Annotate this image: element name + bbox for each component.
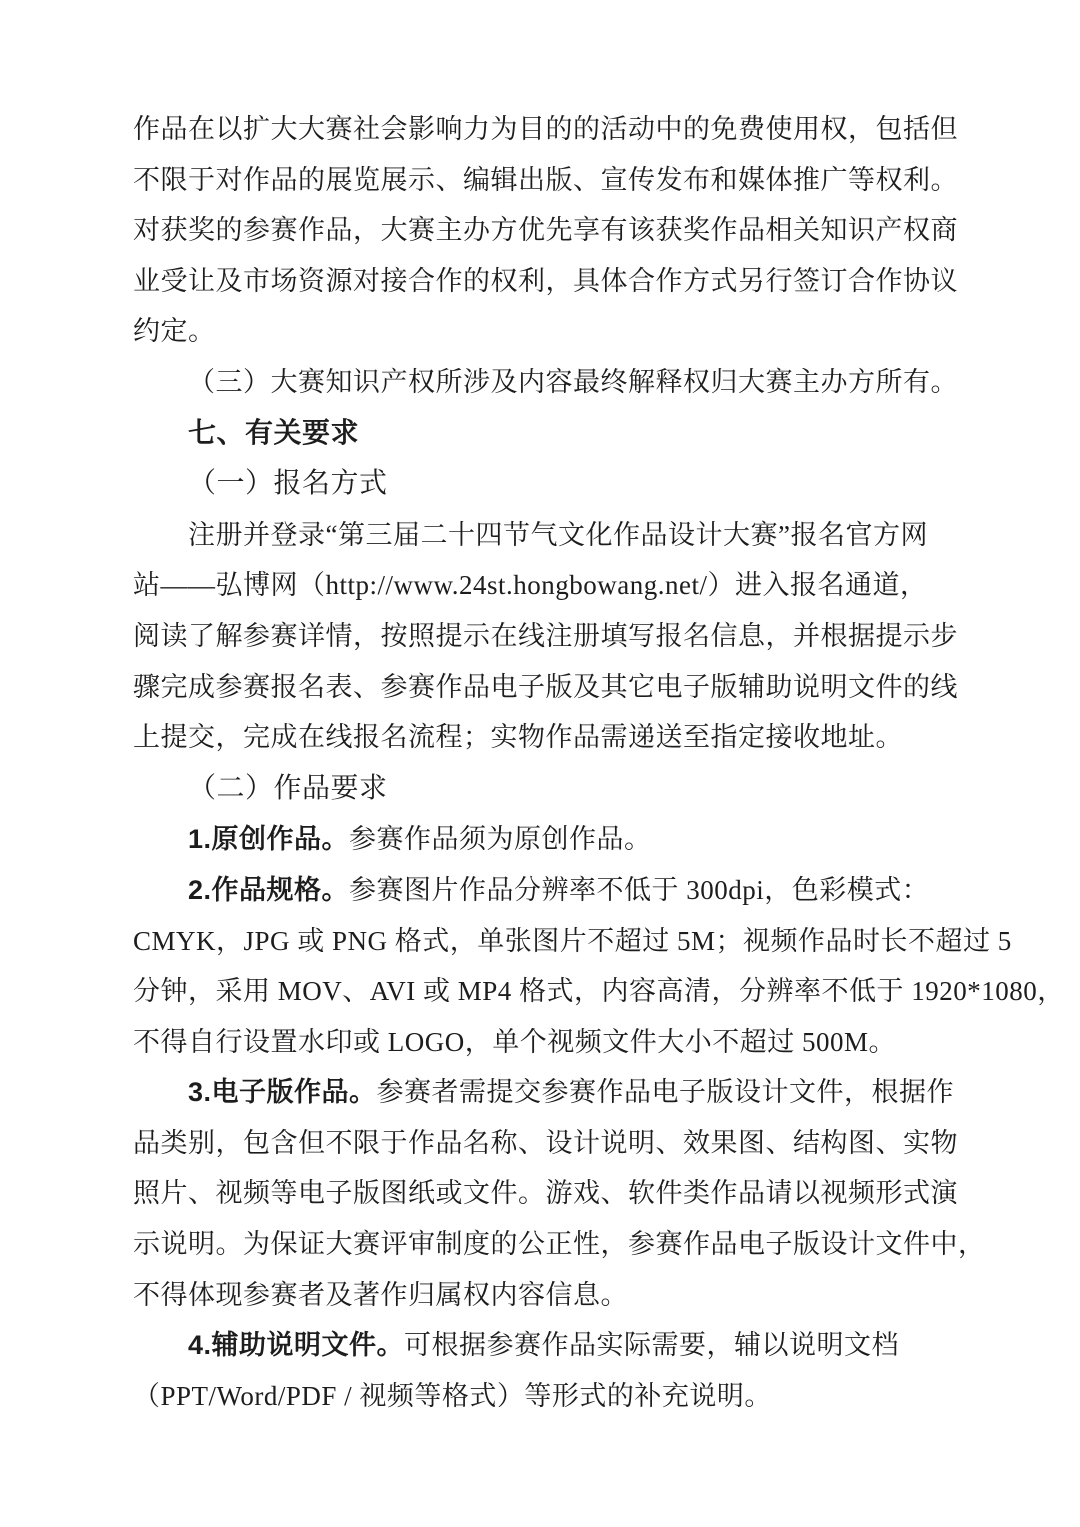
text-line: CMYK，JPG 或 PNG 格式，单张图片不超过 5M；视频作品时长不超过 5 bbox=[133, 916, 950, 967]
text-segment-body: 不限于对作品的展览展示、编辑出版、宣传发布和媒体推广等权利。 bbox=[133, 165, 958, 195]
text-segment-body: 站——弘博网（http://www.24st.hongbowang.net/）进… bbox=[133, 570, 927, 600]
text-segment-body: （三）大赛知识产权所涉及内容最终解释权归大赛主办方所有。 bbox=[188, 367, 958, 397]
text-segment-body: 分钟，采用 MOV、AVI 或 MP4 格式，内容高清，分辨率不低于 1920*… bbox=[133, 976, 1065, 1006]
text-segment-body: 示说明。为保证大赛评审制度的公正性，参赛作品电子版设计文件中， bbox=[133, 1229, 986, 1259]
text-line: （一）报名方式 bbox=[133, 458, 950, 510]
text-segment-label-bold: 3.电子版作品。 bbox=[188, 1077, 377, 1107]
text-segment-heading-bold: 七、有关要求 bbox=[188, 417, 359, 448]
text-line: 3.电子版作品。参赛者需提交参赛作品电子版设计文件，根据作 bbox=[133, 1067, 950, 1118]
text-line: 站——弘博网（http://www.24st.hongbowang.net/）进… bbox=[133, 560, 950, 611]
text-line: 不得体现参赛者及著作归属权内容信息。 bbox=[133, 1270, 950, 1321]
text-segment-label-bold: 1.原创作品。 bbox=[188, 824, 349, 854]
text-line: 4.辅助说明文件。可根据参赛作品实际需要，辅以说明文档 bbox=[133, 1320, 950, 1371]
text-line: 分钟，采用 MOV、AVI 或 MP4 格式，内容高清，分辨率不低于 1920*… bbox=[133, 966, 950, 1017]
text-segment-body: 不得体现参赛者及著作归属权内容信息。 bbox=[133, 1280, 628, 1310]
text-segment-body: 阅读了解参赛详情，按照提示在线注册填写报名信息，并根据提示步 bbox=[133, 621, 958, 651]
text-segment-body: （PPT/Word/PDF / 视频等格式）等形式的补充说明。 bbox=[133, 1381, 772, 1411]
text-segment-body: 对获奖的参赛作品，大赛主办方优先享有该获奖作品相关知识产权商 bbox=[133, 215, 958, 245]
text-line: 1.原创作品。参赛作品须为原创作品。 bbox=[133, 814, 950, 865]
text-line: （二）作品要求 bbox=[133, 763, 950, 815]
text-line: 不限于对作品的展览展示、编辑出版、宣传发布和媒体推广等权利。 bbox=[133, 155, 950, 206]
text-segment-body: 骤完成参赛报名表、参赛作品电子版及其它电子版辅助说明文件的线 bbox=[133, 672, 958, 702]
text-line: 品类别，包含但不限于作品名称、设计说明、效果图、结构图、实物 bbox=[133, 1118, 950, 1169]
text-segment-body: 照片、视频等电子版图纸或文件。游戏、软件类作品请以视频形式演 bbox=[133, 1178, 958, 1208]
text-segment-label-bold: 2.作品规格。 bbox=[188, 875, 349, 905]
text-segment-body: 约定。 bbox=[133, 316, 216, 346]
text-segment-body: 参赛者需提交参赛作品电子版设计文件，根据作 bbox=[377, 1077, 955, 1107]
text-segment-body: 品类别，包含但不限于作品名称、设计说明、效果图、结构图、实物 bbox=[133, 1128, 958, 1158]
text-line: 七、有关要求 bbox=[133, 408, 950, 459]
text-segment-body: 上提交，完成在线报名流程；实物作品需递送至指定接收地址。 bbox=[133, 722, 903, 752]
text-segment-body: 参赛作品须为原创作品。 bbox=[349, 824, 652, 854]
text-line: 上提交，完成在线报名流程；实物作品需递送至指定接收地址。 bbox=[133, 712, 950, 763]
text-line: 照片、视频等电子版图纸或文件。游戏、软件类作品请以视频形式演 bbox=[133, 1168, 950, 1219]
text-segment-body: 业受让及市场资源对接合作的权利，具体合作方式另行签订合作协议 bbox=[133, 266, 958, 296]
text-segment-body: CMYK，JPG 或 PNG 格式，单张图片不超过 5M；视频作品时长不超过 5 bbox=[133, 926, 1012, 956]
text-line: 阅读了解参赛详情，按照提示在线注册填写报名信息，并根据提示步 bbox=[133, 611, 950, 662]
text-line: 2.作品规格。参赛图片作品分辨率不低于 300dpi，色彩模式： bbox=[133, 865, 950, 916]
text-line: 作品在以扩大大赛社会影响力为目的的活动中的免费使用权，包括但 bbox=[133, 104, 950, 155]
text-segment-body: 注册并登录“第三届二十四节气文化作品设计大赛”报名官方网 bbox=[188, 520, 928, 550]
text-segment-subheading: （一）报名方式 bbox=[188, 468, 388, 499]
text-segment-label-bold: 4.辅助说明文件。 bbox=[188, 1330, 404, 1360]
text-line: （PPT/Word/PDF / 视频等格式）等形式的补充说明。 bbox=[133, 1371, 950, 1422]
text-segment-body: 可根据参赛作品实际需要，辅以说明文档 bbox=[404, 1330, 899, 1360]
text-segment-subheading: （二）作品要求 bbox=[188, 773, 388, 804]
text-line: 注册并登录“第三届二十四节气文化作品设计大赛”报名官方网 bbox=[133, 510, 950, 561]
text-line: 约定。 bbox=[133, 306, 950, 357]
text-segment-body: 作品在以扩大大赛社会影响力为目的的活动中的免费使用权，包括但 bbox=[133, 114, 958, 144]
text-line: 骤完成参赛报名表、参赛作品电子版及其它电子版辅助说明文件的线 bbox=[133, 662, 950, 713]
document-body: 作品在以扩大大赛社会影响力为目的的活动中的免费使用权，包括但不限于对作品的展览展… bbox=[133, 104, 950, 1421]
text-line: 对获奖的参赛作品，大赛主办方优先享有该获奖作品相关知识产权商 bbox=[133, 205, 950, 256]
text-line: 示说明。为保证大赛评审制度的公正性，参赛作品电子版设计文件中， bbox=[133, 1219, 950, 1270]
text-line: 业受让及市场资源对接合作的权利，具体合作方式另行签订合作协议 bbox=[133, 256, 950, 307]
text-segment-body: 不得自行设置水印或 LOGO，单个视频文件大小不超过 500M。 bbox=[133, 1027, 896, 1057]
text-line: （三）大赛知识产权所涉及内容最终解释权归大赛主办方所有。 bbox=[133, 357, 950, 408]
text-segment-body: 参赛图片作品分辨率不低于 300dpi，色彩模式： bbox=[349, 875, 929, 905]
document-page: 作品在以扩大大赛社会影响力为目的的活动中的免费使用权，包括但不限于对作品的展览展… bbox=[0, 0, 1080, 1527]
text-line: 不得自行设置水印或 LOGO，单个视频文件大小不超过 500M。 bbox=[133, 1017, 950, 1068]
